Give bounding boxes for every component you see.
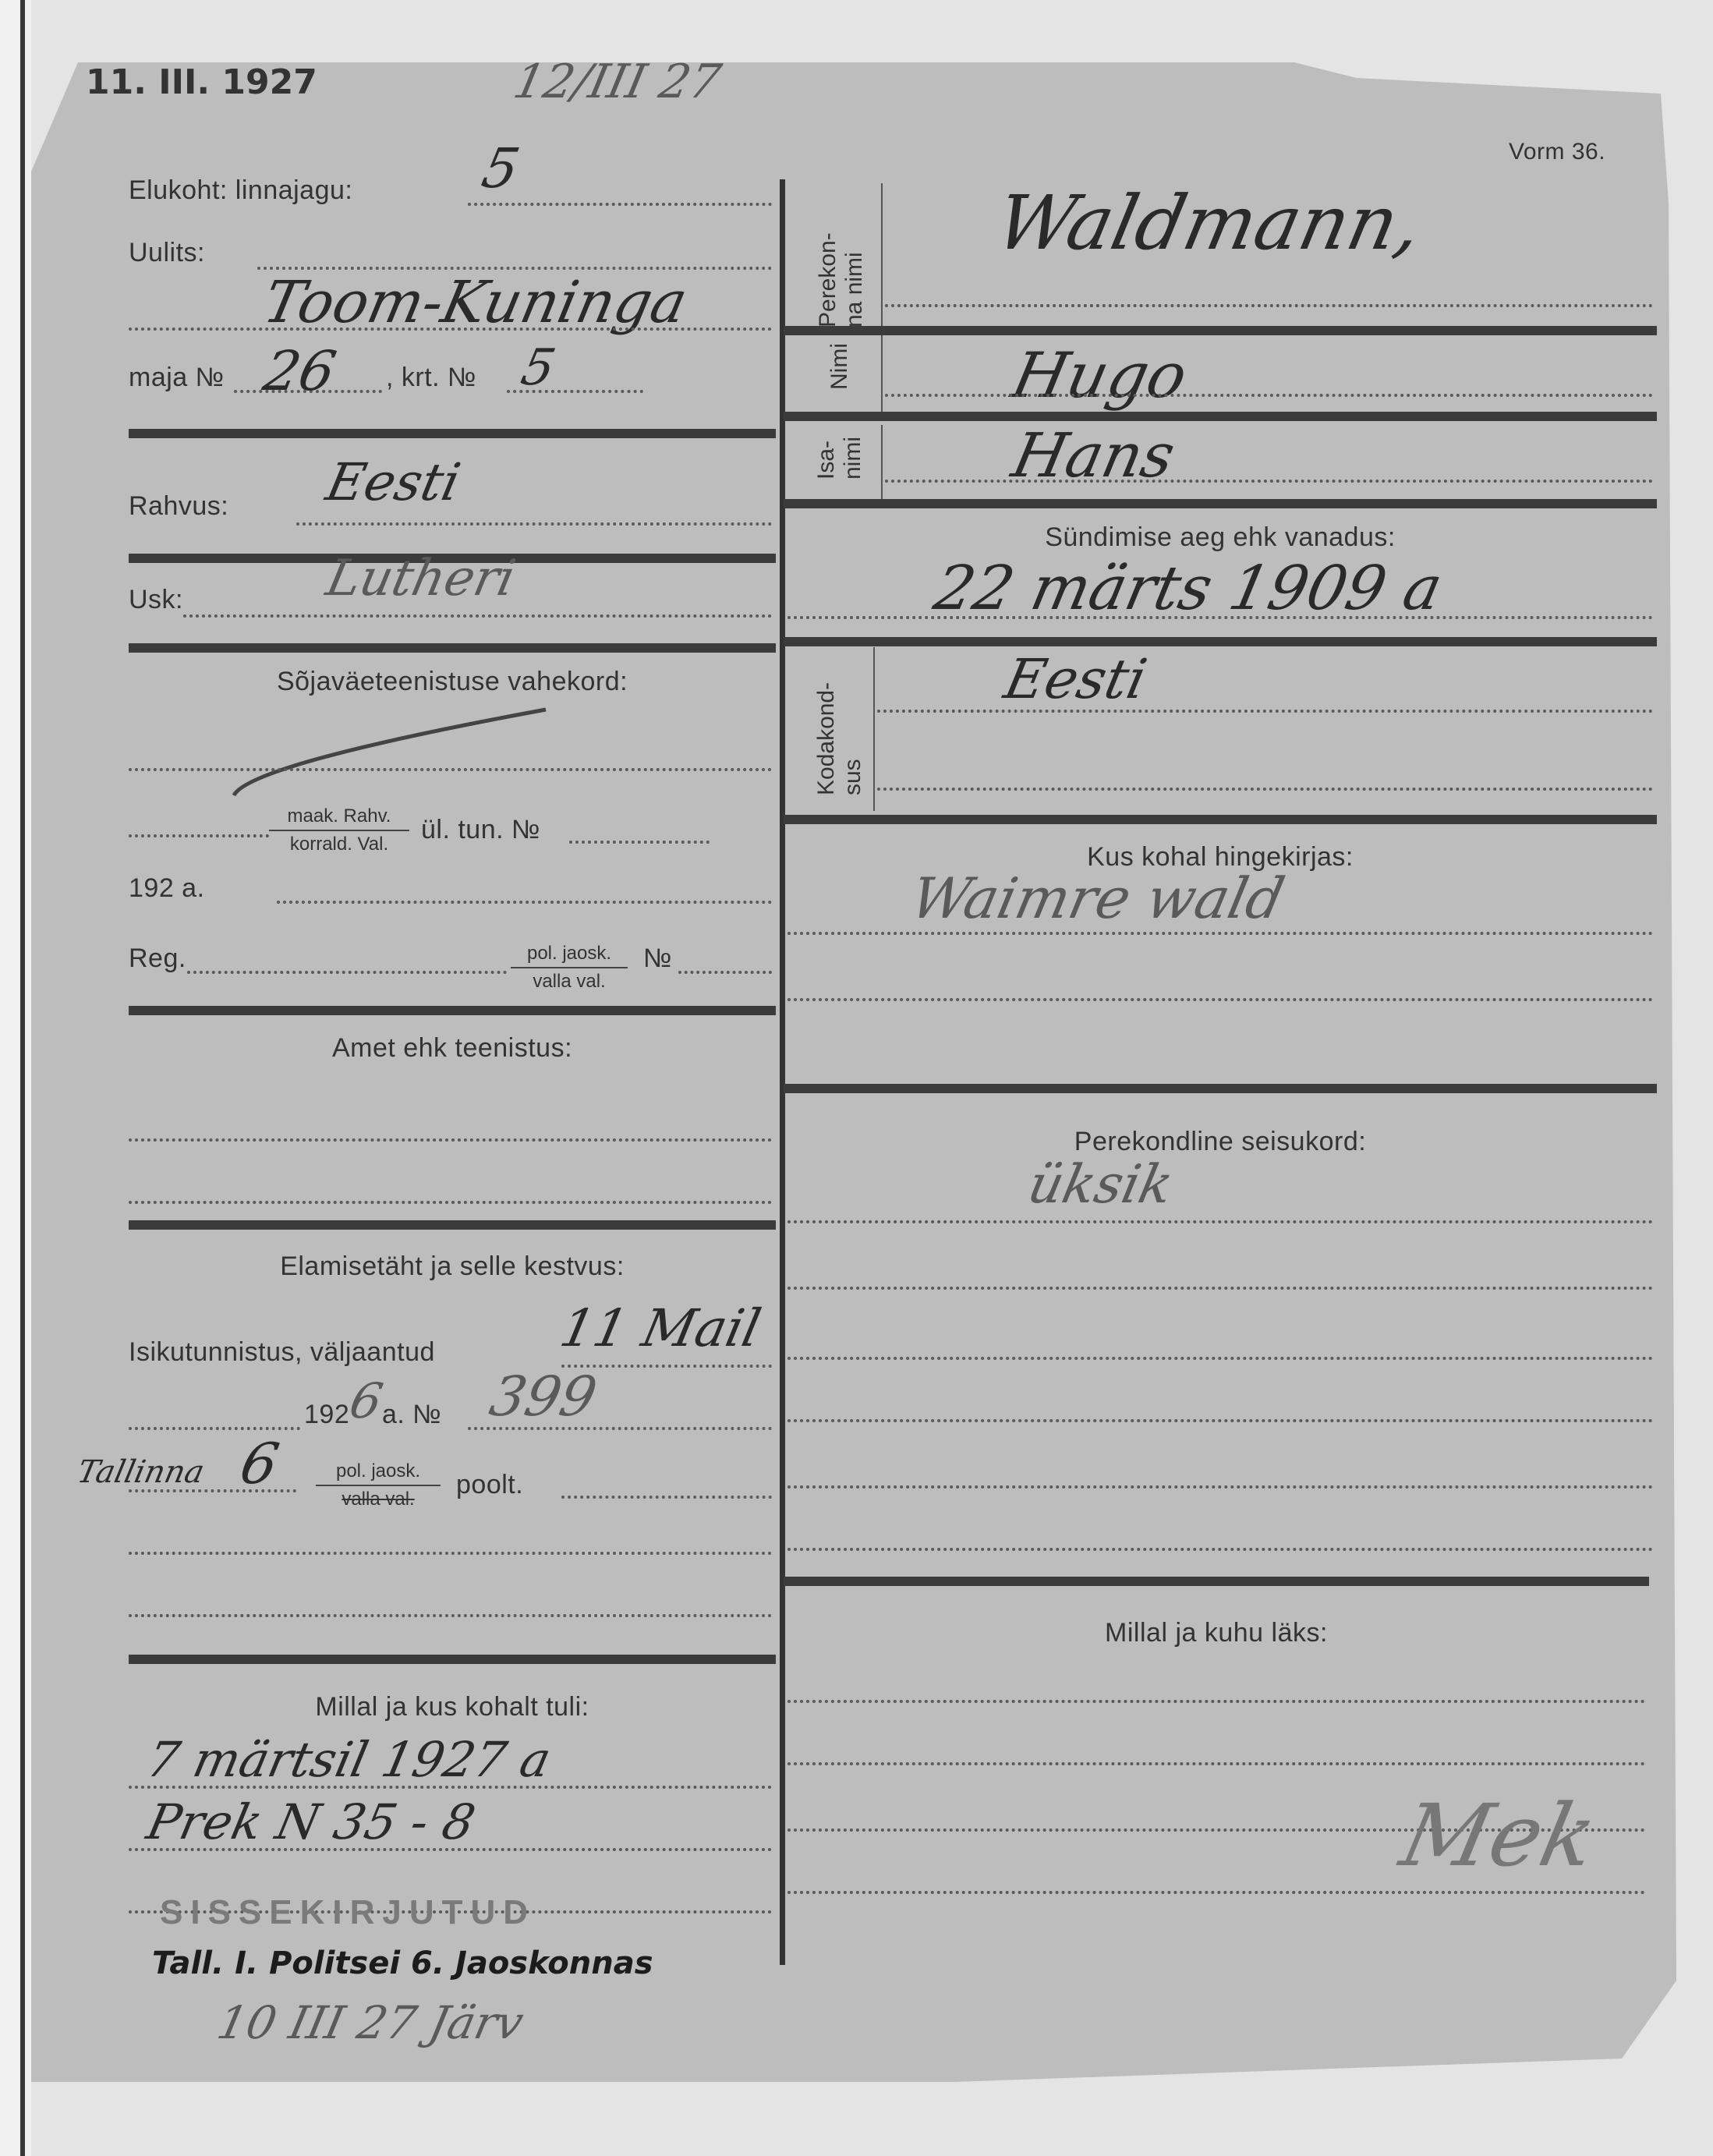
dotted-line (183, 614, 772, 618)
registration-card: 11. III. 1927 12/III 27 Vorm 36. Elukoht… (31, 47, 1692, 2082)
dotted-line (277, 901, 772, 904)
reg-label: Reg. (129, 943, 186, 974)
dotted-line (877, 710, 1653, 713)
label-divider (881, 425, 883, 503)
dotted-line (678, 971, 772, 974)
dotted-line (129, 1552, 772, 1555)
poolt-label: poolt. (456, 1470, 523, 1500)
reg-fraction: pol. jaosk. valla val. (511, 942, 628, 993)
dotted-line (569, 841, 710, 844)
military-fraction: maak. Rahv. korrald. Val. (269, 805, 409, 856)
rahvus-label: Rahvus: (129, 491, 228, 522)
doc-number: 399 (484, 1365, 602, 1428)
dotted-line (129, 1786, 772, 1789)
departure-heading: Millal ja kuhu läks: (784, 1618, 1649, 1648)
krt-value: 5 (516, 339, 560, 397)
uulits-value: Toom-Kuninga (258, 269, 693, 336)
label-divider (881, 339, 883, 417)
frac-bar (511, 967, 628, 968)
name-value: Hugo (1006, 339, 1193, 412)
frac-bottom: valla val. (316, 1488, 441, 1511)
ul-tun-label: ül. tun. № (421, 815, 540, 845)
section-rule (784, 637, 1657, 646)
usk-value: Lutheri (321, 550, 520, 607)
elamiseteht-heading: Elamisetäht ja selle kestvus: (129, 1251, 776, 1282)
dotted-line (787, 1287, 1653, 1290)
marital-heading: Perekondline seisukord: (784, 1127, 1657, 1157)
name-label: Nimi (826, 343, 853, 390)
birth-value: 22 märts 1909 a (928, 554, 1448, 624)
frac-top: pol. jaosk. (511, 942, 628, 965)
frac-top: maak. Rahv. (269, 805, 409, 828)
top-note: 12/III 27 (509, 55, 726, 109)
dotted-line (787, 998, 1653, 1001)
dotted-line (877, 788, 1653, 791)
dotted-line (129, 768, 772, 771)
dotted-line (885, 394, 1653, 397)
dotted-line (787, 1357, 1653, 1360)
section-rule (784, 499, 1657, 508)
dotted-line (129, 1614, 772, 1617)
frac-bottom: valla val. (511, 970, 628, 993)
dotted-line (787, 1485, 1653, 1489)
dotted-line (787, 1762, 1645, 1765)
issuer-fraction: pol. jaosk. valla val. (316, 1460, 441, 1511)
section-rule (784, 815, 1657, 824)
signature: Mek (1393, 1786, 1605, 1885)
citizenship-label-line2: sus (840, 682, 866, 795)
citizenship-value: Eesti (999, 647, 1152, 711)
surname-value: Waldmann, (989, 179, 1430, 267)
dotted-line (787, 1419, 1653, 1422)
dotted-line (187, 971, 507, 974)
usk-label: Usk: (129, 585, 183, 615)
label-divider (881, 183, 883, 343)
section-rule (784, 1084, 1657, 1093)
arrival-heading: Millal ja kus kohalt tuli: (129, 1692, 776, 1722)
maja-label: maja № (129, 363, 225, 393)
section-rule (784, 326, 1657, 335)
section-rule (129, 1006, 776, 1015)
scan-edge (0, 0, 31, 2156)
maja-value: 26 (258, 339, 342, 403)
date-stamp: 11. III. 1927 (86, 62, 317, 102)
frac-bar (269, 830, 409, 831)
issuer-city: Tallinna (74, 1454, 207, 1490)
form-number: Vorm 36. (1509, 139, 1605, 165)
section-rule (784, 1577, 1649, 1586)
year-prefix: 192 (304, 1400, 349, 1430)
dotted-line (129, 327, 772, 331)
father-label-line1: Isa- (813, 437, 840, 480)
section-rule (129, 429, 776, 438)
section-rule (129, 643, 776, 653)
dotted-line (129, 1489, 296, 1492)
stamp-sissekirjutud: SISSEKIRJUTUD (160, 1893, 536, 1932)
elukoht-value: 5 (476, 136, 525, 200)
surname-label: Perekon- na nimi (815, 232, 868, 327)
frac-bottom: korrald. Val. (269, 833, 409, 856)
dotted-line (885, 480, 1653, 483)
dotted-line (787, 1548, 1653, 1551)
center-divider (780, 179, 785, 1965)
frac-bar (316, 1485, 441, 1486)
stamp-signed-date: 10 III 27 Järv (213, 1996, 528, 2049)
year-label: 192 a. (129, 873, 205, 904)
label-divider (873, 647, 875, 811)
citizenship-label: Kodakond- sus (813, 682, 866, 795)
frac-top: pol. jaosk. (316, 1460, 441, 1483)
register-value: Waimre wald (905, 866, 1290, 931)
dotted-line (129, 1848, 772, 1851)
citizenship-label-line1: Kodakond- (813, 682, 840, 795)
isikutunnistus-label: Isikutunnistus, väljaantud (129, 1337, 435, 1368)
arrival-line1: 7 märtsil 1927 a (142, 1731, 556, 1788)
isikutunnistus-date: 11 Mail (555, 1298, 766, 1358)
surname-label-line1: Perekon- (815, 232, 841, 327)
krt-label: , krt. № (386, 363, 476, 393)
dotted-line (468, 203, 772, 206)
birth-heading: Sündimise aeg ehk vanadus: (784, 522, 1657, 553)
dotted-line (129, 1427, 300, 1430)
arrival-line2: Prek N 35 - 8 (142, 1793, 480, 1850)
dotted-line (885, 304, 1653, 307)
dash-mark (218, 694, 561, 803)
issuer-precinct: 6 (235, 1431, 285, 1496)
dotted-line (787, 932, 1653, 935)
year-digit: 6 (345, 1372, 388, 1429)
section-rule (129, 1220, 776, 1230)
dotted-line (129, 1201, 772, 1204)
dotted-line (787, 1700, 1645, 1703)
dotted-line (296, 522, 772, 526)
uulits-label: Uulits: (129, 238, 205, 268)
amet-heading: Amet ehk teenistus: (129, 1033, 776, 1064)
father-label: Isa- nimi (813, 437, 866, 480)
marital-value: üksik (1023, 1154, 1179, 1216)
rahvus-value: Eesti (321, 452, 465, 512)
year-suffix: a. № (382, 1400, 441, 1430)
stamp-police-office: Tall. I. Politsei 6. Jaoskonnas (152, 1945, 653, 1981)
military-heading: Sõjaväeteenistuse vahekord: (129, 667, 776, 697)
section-rule (784, 412, 1657, 421)
dotted-line (129, 1138, 772, 1142)
elukoht-label: Elukoht: linnajagu: (129, 175, 352, 206)
dotted-line (561, 1496, 772, 1499)
father-label-line2: nimi (840, 437, 866, 480)
dotted-line (787, 1891, 1645, 1894)
section-rule (129, 1655, 776, 1664)
dotted-line (787, 1220, 1653, 1223)
dotted-line (787, 616, 1653, 619)
dotted-line (129, 834, 269, 837)
reg-no-label: № (643, 943, 672, 974)
surname-label-line2: na nimi (841, 232, 868, 327)
